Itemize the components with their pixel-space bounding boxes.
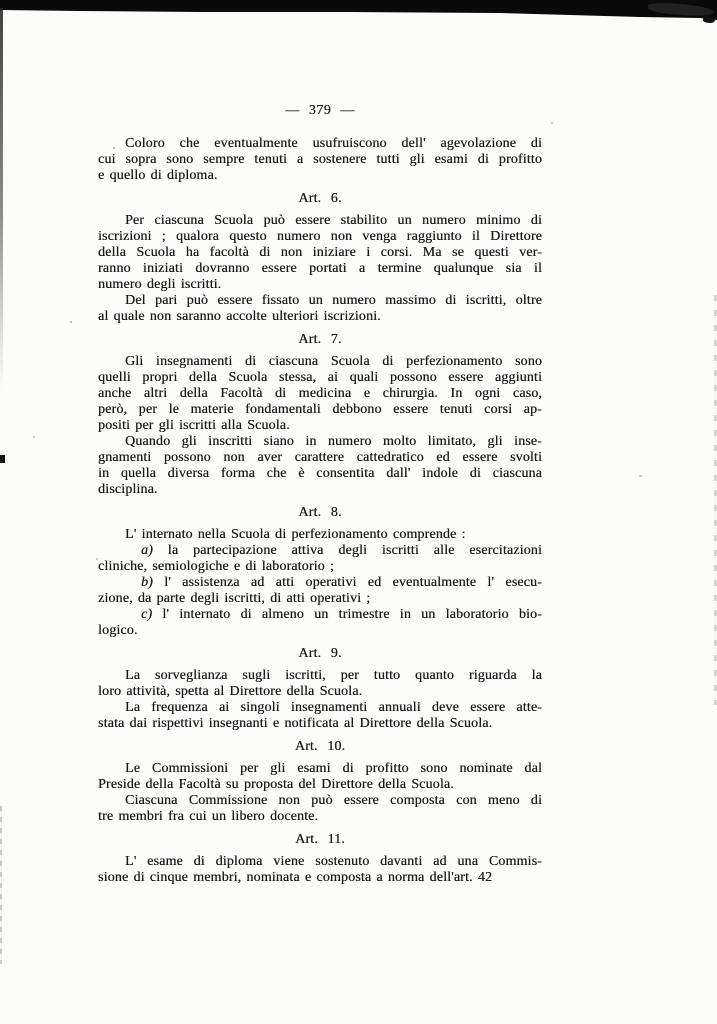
text-line: L' esame di diploma viene sostenuto dava… [98, 854, 542, 870]
text-line: Per ciascuna Scuola può essere stabilito… [98, 213, 542, 229]
text-line: loro attività, spetta al Direttore della… [98, 684, 542, 700]
scan-left-edge-strip [0, 8, 3, 390]
article-heading: Art. 8. [98, 505, 542, 521]
text-column: — 379 — Coloro che eventualmente usufrui… [98, 103, 542, 886]
text-line: in quella diversa forma che è consentita… [98, 466, 542, 482]
paragraph: Per ciascuna Scuola può essere stabilito… [98, 213, 542, 293]
text-line: cui sopra sono sempre tenuti a sostenere… [98, 152, 542, 168]
text-line: a) la partecipazione attiva degli iscrit… [98, 543, 542, 559]
text-line: c) l' internato di almeno un trimestre i… [98, 607, 542, 623]
text-line: La frequenza ai singoli insegnamenti ann… [98, 700, 542, 716]
scan-left-edge-strip [0, 806, 2, 964]
item-marker: b) [141, 575, 153, 590]
paragraph: La sorveglianza sugli iscritti, per tutt… [98, 668, 542, 700]
paragraph: Ciascuna Commissione non può essere comp… [98, 793, 542, 825]
scan-smudge-tail [703, 16, 716, 24]
paragraph: Quando gli inscritti siano in numero mol… [98, 434, 542, 498]
text-line: Preside della Facoltà su proposta del Di… [98, 777, 542, 793]
article-heading: Art. 9. [98, 646, 542, 662]
article-heading: Art. 6. [98, 191, 542, 207]
text-line: ranno iniziati dovranno essere portati a… [98, 261, 542, 277]
paragraph: Coloro che eventualmente usufruiscono de… [98, 136, 542, 184]
text-line: Gli insegnamenti di ciascuna Scuola di p… [98, 354, 542, 370]
noise-speck [33, 436, 35, 438]
article-heading: Art. 11. [98, 832, 542, 848]
noise-speck [639, 475, 642, 477]
list-item: c) l' internato di almeno un trimestre i… [98, 607, 542, 639]
text-line: però, per le materie fondamentali debbon… [98, 402, 542, 418]
paragraph: Del pari può essere fissato un numero ma… [98, 293, 542, 325]
text-line: Quando gli inscritti siano in numero mol… [98, 434, 542, 450]
text-line: Del pari può essere fissato un numero ma… [98, 293, 542, 309]
text-line: b) l' assistenza ad atti operativi ed ev… [98, 575, 542, 591]
scanned-page: — 379 — Coloro che eventualmente usufrui… [0, 0, 717, 1024]
text-line: numero degli iscritti. [98, 277, 542, 293]
text-line: logico. [98, 623, 542, 639]
item-marker: a) [141, 543, 153, 558]
page-body: Coloro che eventualmente usufruiscono de… [98, 136, 542, 886]
scan-left-dash [0, 455, 5, 463]
text-line: tre membri fra cui un libero docente. [98, 809, 542, 825]
text-line: anche altri della Facoltà di medicina e … [98, 386, 542, 402]
paragraph: Le Commissioni per gli esami di profitto… [98, 761, 542, 793]
text-line: al quale non saranno accolte ulteriori i… [98, 309, 542, 325]
text-line: e quello di diploma. [98, 168, 542, 184]
text-line: stata dai rispettivi insegnanti e notifi… [98, 716, 542, 732]
paragraph: L' esame di diploma viene sostenuto dava… [98, 854, 542, 886]
article-heading: Art. 7. [98, 332, 542, 348]
item-marker: c) [141, 607, 152, 622]
text-line: Le Commissioni per gli esami di profitto… [98, 761, 542, 777]
text-line: zione, da parte degli iscritti, di atti … [98, 591, 542, 607]
list-item: b) l' assistenza ad atti operativi ed ev… [98, 575, 542, 607]
paragraph: L' internato nella Scuola di perfezionam… [98, 527, 542, 543]
page-number: — 379 — [98, 103, 542, 119]
text-line: iscrizioni ; qualora questo numero non v… [98, 229, 542, 245]
paragraph: Gli insegnamenti di ciascuna Scuola di p… [98, 354, 542, 434]
list-item: a) la partecipazione attiva degli iscrit… [98, 543, 542, 575]
noise-speck [551, 122, 553, 124]
paragraph: La frequenza ai singoli insegnamenti ann… [98, 700, 542, 732]
text-line: Coloro che eventualmente usufruiscono de… [98, 136, 542, 152]
text-line: sione di cinque membri, nominata e compo… [98, 870, 542, 886]
article-heading: Art. 10. [98, 739, 542, 755]
scan-top-band [0, 0, 717, 22]
text-line: Ciascuna Commissione non può essere comp… [98, 793, 542, 809]
text-line: della Scuola ha facoltà di non iniziare … [98, 245, 542, 261]
text-line: cliniche, semiologiche e di laboratorio … [98, 559, 542, 575]
noise-speck [70, 321, 72, 323]
text-line: L' internato nella Scuola di perfezionam… [98, 527, 542, 543]
text-line: disciplina. [98, 482, 542, 498]
text-line: La sorveglianza sugli iscritti, per tutt… [98, 668, 542, 684]
text-line: gnamenti possono non aver carattere catt… [98, 450, 542, 466]
text-line: quelli propri della Scuola stessa, ai qu… [98, 370, 542, 386]
text-line: positi per gli iscritti alla Scuola. [98, 418, 542, 434]
